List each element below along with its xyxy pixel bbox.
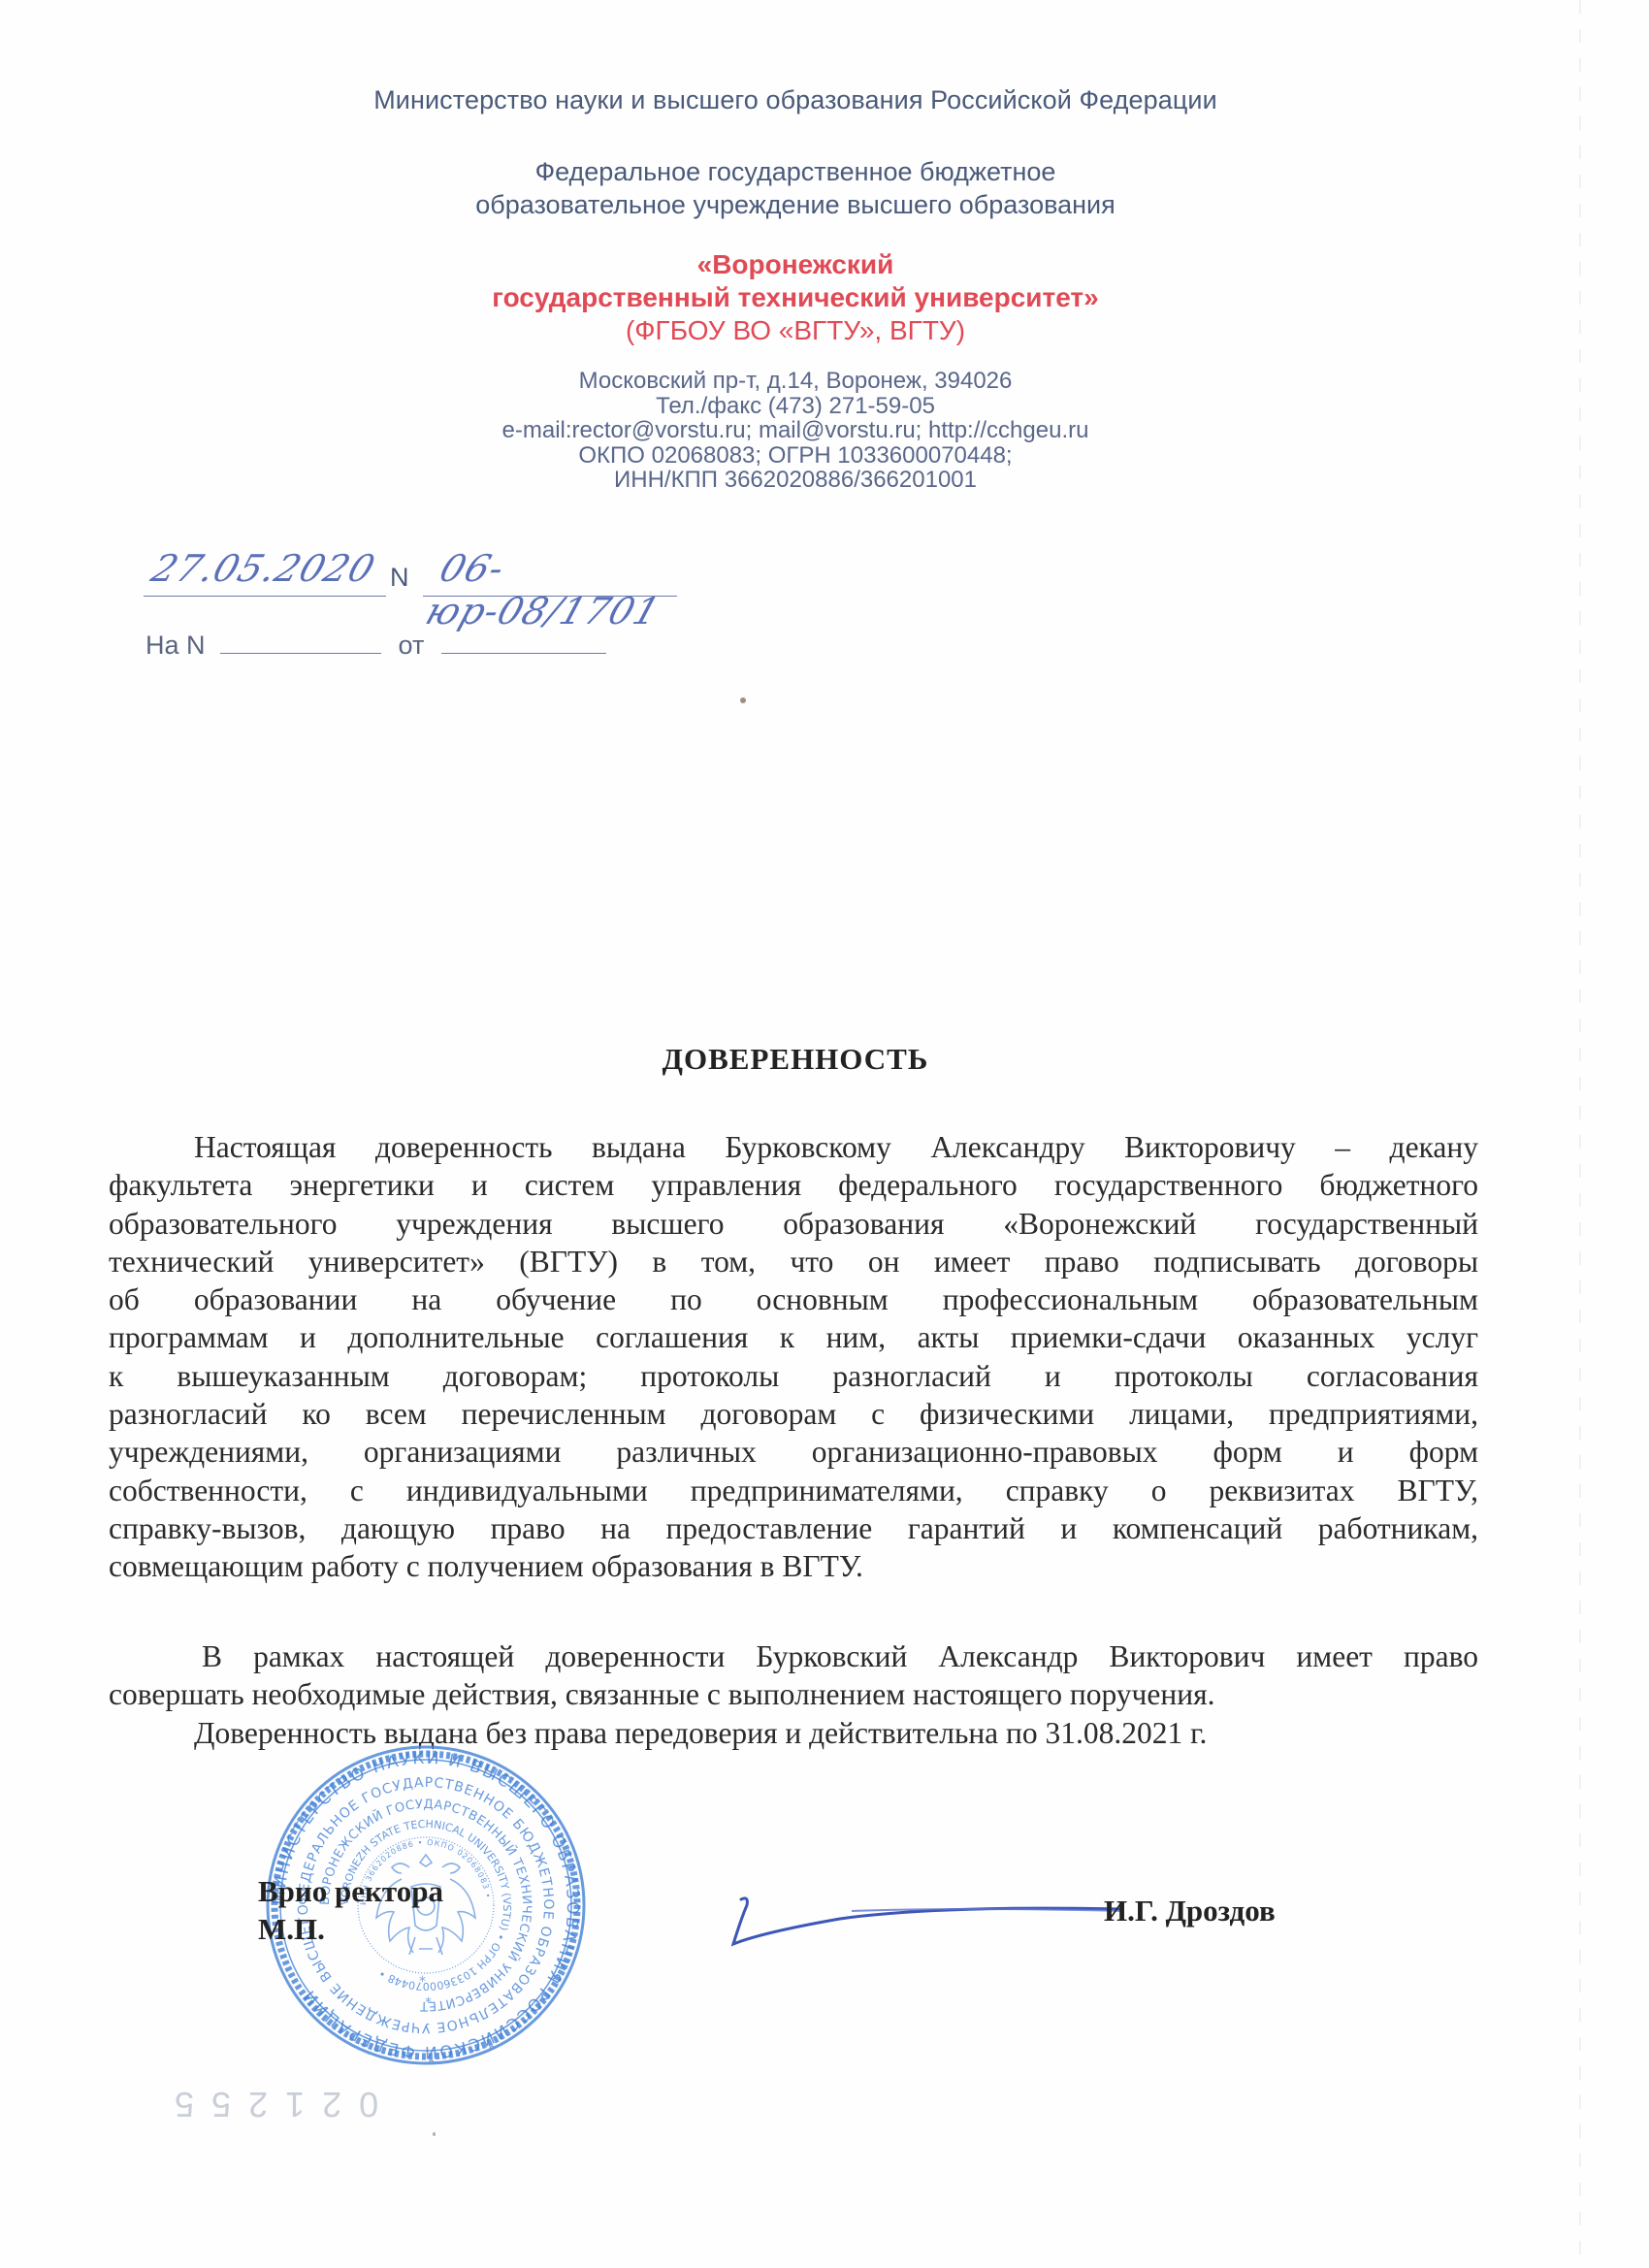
registration-line: 27.05.2020 N 06-юр-08/1701 bbox=[144, 553, 687, 601]
paragraph-line: учреждениями, организациями различных ор… bbox=[109, 1433, 1478, 1471]
seal-place-label: М.П. bbox=[258, 1910, 443, 1948]
paragraph-line: Настоящая доверенность выдана Бурковском… bbox=[109, 1128, 1478, 1166]
paragraph-line: совершать необходимые действия, связанны… bbox=[109, 1675, 1478, 1713]
university-name: «Воронежский государственный технический… bbox=[0, 248, 1591, 347]
form-serial-number: 021255 bbox=[157, 2084, 378, 2124]
paragraph-line: собственности, с индивидуальными предпри… bbox=[109, 1472, 1478, 1509]
inn-kpp: ИНН/КПП 3662020886/366201001 bbox=[0, 468, 1591, 493]
svg-text:*: * bbox=[419, 1974, 426, 1990]
handwritten-date: 27.05.2020 bbox=[146, 547, 381, 590]
document-title: ДОВЕРЕННОСТЬ bbox=[0, 1042, 1591, 1077]
okpo-ogrn: ОКПО 02068083; ОГРН 1033600070448; bbox=[0, 443, 1591, 469]
reference-date-blank bbox=[441, 649, 606, 654]
university-abbreviation: (ФГБОУ ВО «ВГТУ», ВГТУ) bbox=[0, 314, 1591, 347]
paragraph-line: В рамках настоящей доверенности Бурковск… bbox=[109, 1637, 1478, 1675]
paragraph-line: к вышеуказанным договорам; протоколы раз… bbox=[109, 1357, 1478, 1395]
phone-fax: Тел./факс (473) 271-59-05 bbox=[0, 394, 1591, 419]
signer-name: И.Г. Дроздов bbox=[1104, 1894, 1276, 1928]
contact-details: Московский пр-т, д.14, Воронеж, 394026 Т… bbox=[0, 369, 1591, 493]
paragraph-1: Настоящая доверенность выдана Бурковском… bbox=[109, 1128, 1478, 1586]
ministry-text: Министерство науки и высшего образования… bbox=[0, 85, 1591, 115]
date-underline bbox=[144, 596, 386, 597]
institution-type-line-1: Федеральное государственное бюджетное bbox=[0, 155, 1591, 188]
reference-prefix: На N bbox=[145, 631, 206, 660]
paragraph-line: справку-вызов, дающую право на предостав… bbox=[109, 1509, 1478, 1547]
handwritten-number: 06-юр-08/1701 bbox=[421, 547, 701, 632]
number-label: N bbox=[390, 563, 409, 593]
university-name-line-2: государственный технический университет» bbox=[0, 281, 1591, 314]
svg-text:*: * bbox=[425, 1995, 432, 2011]
document-page: Министерство науки и высшего образования… bbox=[0, 0, 1649, 2268]
institution-type: Федеральное государственное бюджетное об… bbox=[0, 155, 1591, 221]
address: Московский пр-т, д.14, Воронеж, 394026 bbox=[0, 369, 1591, 394]
paragraph-line: совмещающим работу с получением образова… bbox=[109, 1547, 1478, 1585]
paragraph-line: факультета энергетики и систем управлени… bbox=[109, 1166, 1478, 1204]
paragraph-line: разногласий ко всем перечисленным догово… bbox=[109, 1395, 1478, 1433]
handwritten-signature bbox=[706, 1882, 1133, 1950]
paragraph-line: образовательного учреждения высшего обра… bbox=[109, 1205, 1478, 1243]
reference-line: На N от bbox=[145, 631, 606, 661]
scan-speck bbox=[433, 2132, 436, 2136]
paragraph-2: В рамках настоящей доверенности Бурковск… bbox=[109, 1637, 1478, 1714]
paragraph-line: об образовании на обучение по основным п… bbox=[109, 1280, 1478, 1318]
reference-from: от bbox=[399, 631, 425, 660]
institution-type-line-2: образовательное учреждение высшего образ… bbox=[0, 188, 1591, 221]
reference-number-blank bbox=[220, 649, 381, 654]
paragraph-line: программам и дополнительные соглашения к… bbox=[109, 1318, 1478, 1356]
scan-speck bbox=[740, 697, 746, 703]
signatory-position: Врио ректора bbox=[258, 1872, 443, 1910]
ministry-name: Министерство науки и высшего образования… bbox=[0, 85, 1591, 115]
signatory-position-block: Врио ректора М.П. bbox=[258, 1872, 443, 1948]
university-name-line-1: «Воронежский bbox=[0, 248, 1591, 281]
email-web: e-mail:rector@vorstu.ru; mail@vorstu.ru;… bbox=[0, 418, 1591, 443]
paragraph-line: технический университет» (ВГТУ) в том, ч… bbox=[109, 1243, 1478, 1280]
number-underline bbox=[423, 596, 677, 597]
